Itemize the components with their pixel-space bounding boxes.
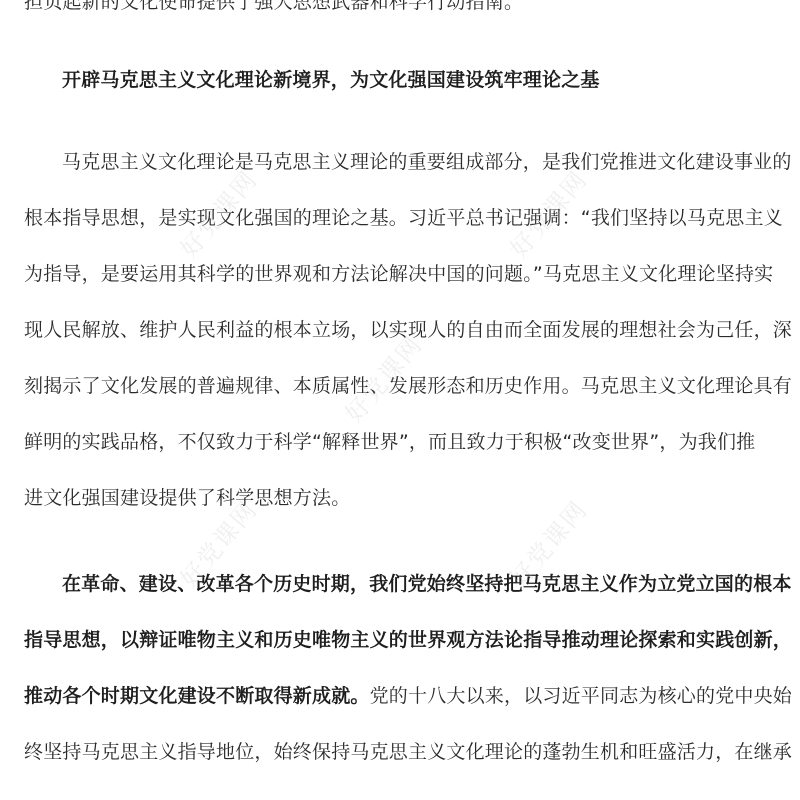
paragraph-2-line-1: 在革命、建设、改革各个历史时期，我们党始终坚持把马克思主义作为立党立国的根本 [62, 572, 800, 596]
section-heading: 开辟马克思主义文化理论新境界，为文化强国建设筑牢理论之基 [62, 68, 800, 92]
previous-paragraph-tail: 担负起新的文化使命提供了强大思想武器和科学行动指南。 [24, 0, 784, 14]
paragraph-2-line-3: 推动各个时期文化建设不断取得新成就。党的十八大以来，以习近平同志为核心的党中央始 [24, 684, 784, 708]
paragraph-2-line-2: 指导思想，以辩证唯物主义和历史唯物主义的世界观方法论指导推动理论探索和实践创新， [24, 628, 784, 652]
paragraph-2-bold-phrase: 推动各个时期文化建设不断取得新成就。 [24, 685, 370, 707]
paragraph-1-line-1: 马克思主义文化理论是马克思主义理论的重要组成部分，是我们党推进文化建设事业的 [62, 150, 800, 174]
paragraph-1-line-4: 现人民解放、维护人民利益的根本立场，以实现人的自由而全面发展的理想社会为己任，深 [24, 318, 784, 342]
paragraph-1-line-5: 刻揭示了文化发展的普遍规律、本质属性、发展形态和历史作用。马克思主义文化理论具有 [24, 374, 784, 398]
paragraph-1-line-6: 鲜明的实践品格，不仅致力于科学“解释世界”，而且致力于积极“改变世界”，为我们推 [24, 430, 784, 454]
paragraph-2-line-4: 终坚持马克思主义指导地位，始终保持马克思主义文化理论的蓬勃生机和旺盛活力，在继承 [24, 740, 784, 764]
paragraph-2-normal-phrase: 党的十八大以来，以习近平同志为核心的党中央始 [370, 685, 792, 707]
paragraph-1-line-2: 根本指导思想，是实现文化强国的理论之基。习近平总书记强调：“我们坚持以马克思主义 [24, 206, 784, 230]
paragraph-1-line-3: 为指导，是要运用其科学的世界观和方法论解决中国的问题。”马克思主义文化理论坚持实 [24, 262, 784, 286]
document-page: 担负起新的文化使命提供了强大思想武器和科学行动指南。 开辟马克思主义文化理论新境… [0, 0, 800, 800]
paragraph-1-line-7: 进文化强国建设提供了科学思想方法。 [24, 486, 784, 510]
